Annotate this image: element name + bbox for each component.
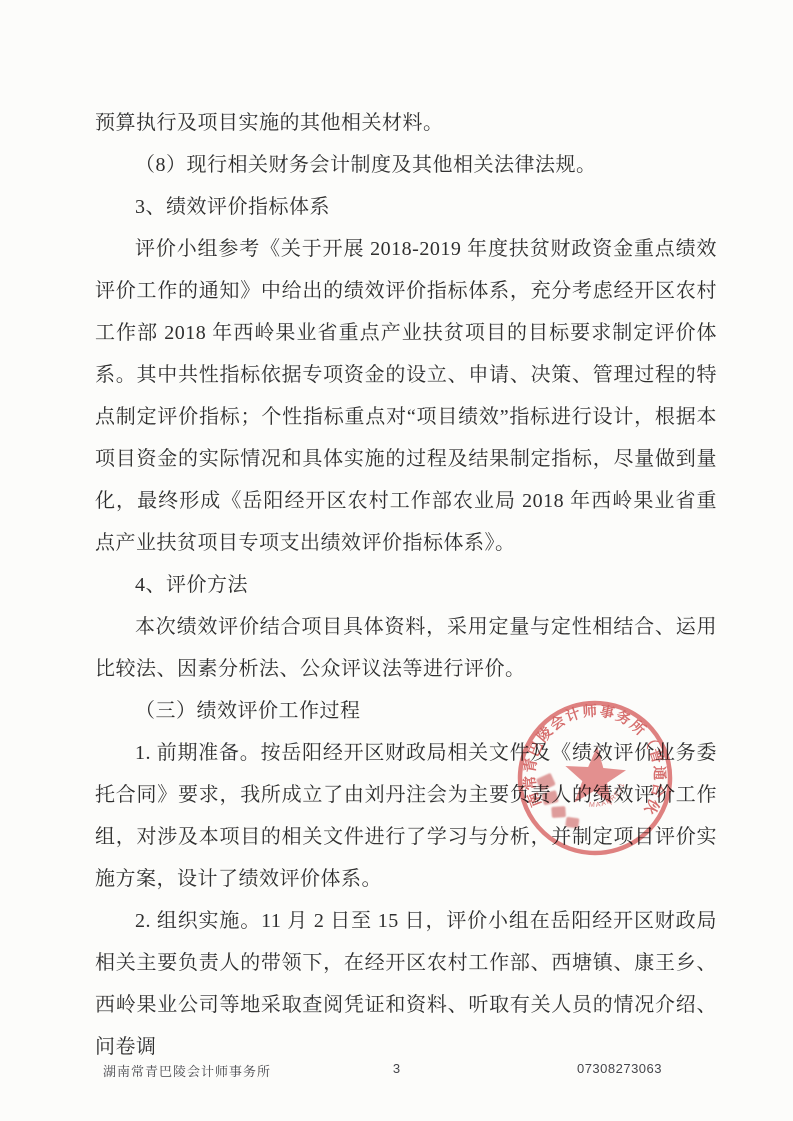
footer-company-name: 湖南常青巴陵会计师事务所 [103,1061,271,1080]
paragraph: 2. 组织实施。11 月 2 日至 15 日，评价小组在岳阳经开区财政局相关主要… [95,900,717,1068]
document-body: 预算执行及项目实施的其他相关材料。（8）现行相关财务会计制度及其他相关法律法规。… [95,102,717,1068]
paragraph: 评价小组参考《关于开展 2018-2019 年度扶贫财政资金重点绩效评价工作的通… [95,228,717,564]
document-page: 预算执行及项目实施的其他相关材料。（8）现行相关财务会计制度及其他相关法律法规。… [0,0,793,1121]
paragraph: 预算执行及项目实施的其他相关材料。 [95,102,717,144]
paragraph: （三）绩效评价工作过程 [95,690,717,732]
paragraph: （8）现行相关财务会计制度及其他相关法律法规。 [95,144,717,186]
paragraph: 1. 前期准备。按岳阳经开区财政局相关文件及《绩效评价业务委托合同》要求，我所成… [95,732,717,900]
page-number: 3 [393,1061,400,1076]
paragraph: 本次绩效评价结合项目具体资料，采用定量与定性相结合、运用比较法、因素分析法、公众… [95,606,717,690]
page-footer: 湖南常青巴陵会计师事务所 3 07308273063 [0,1061,793,1083]
paragraph: 3、绩效评价指标体系 [95,186,717,228]
paragraph: 4、评价方法 [95,564,717,606]
footer-phone-number: 07308273063 [577,1061,662,1076]
